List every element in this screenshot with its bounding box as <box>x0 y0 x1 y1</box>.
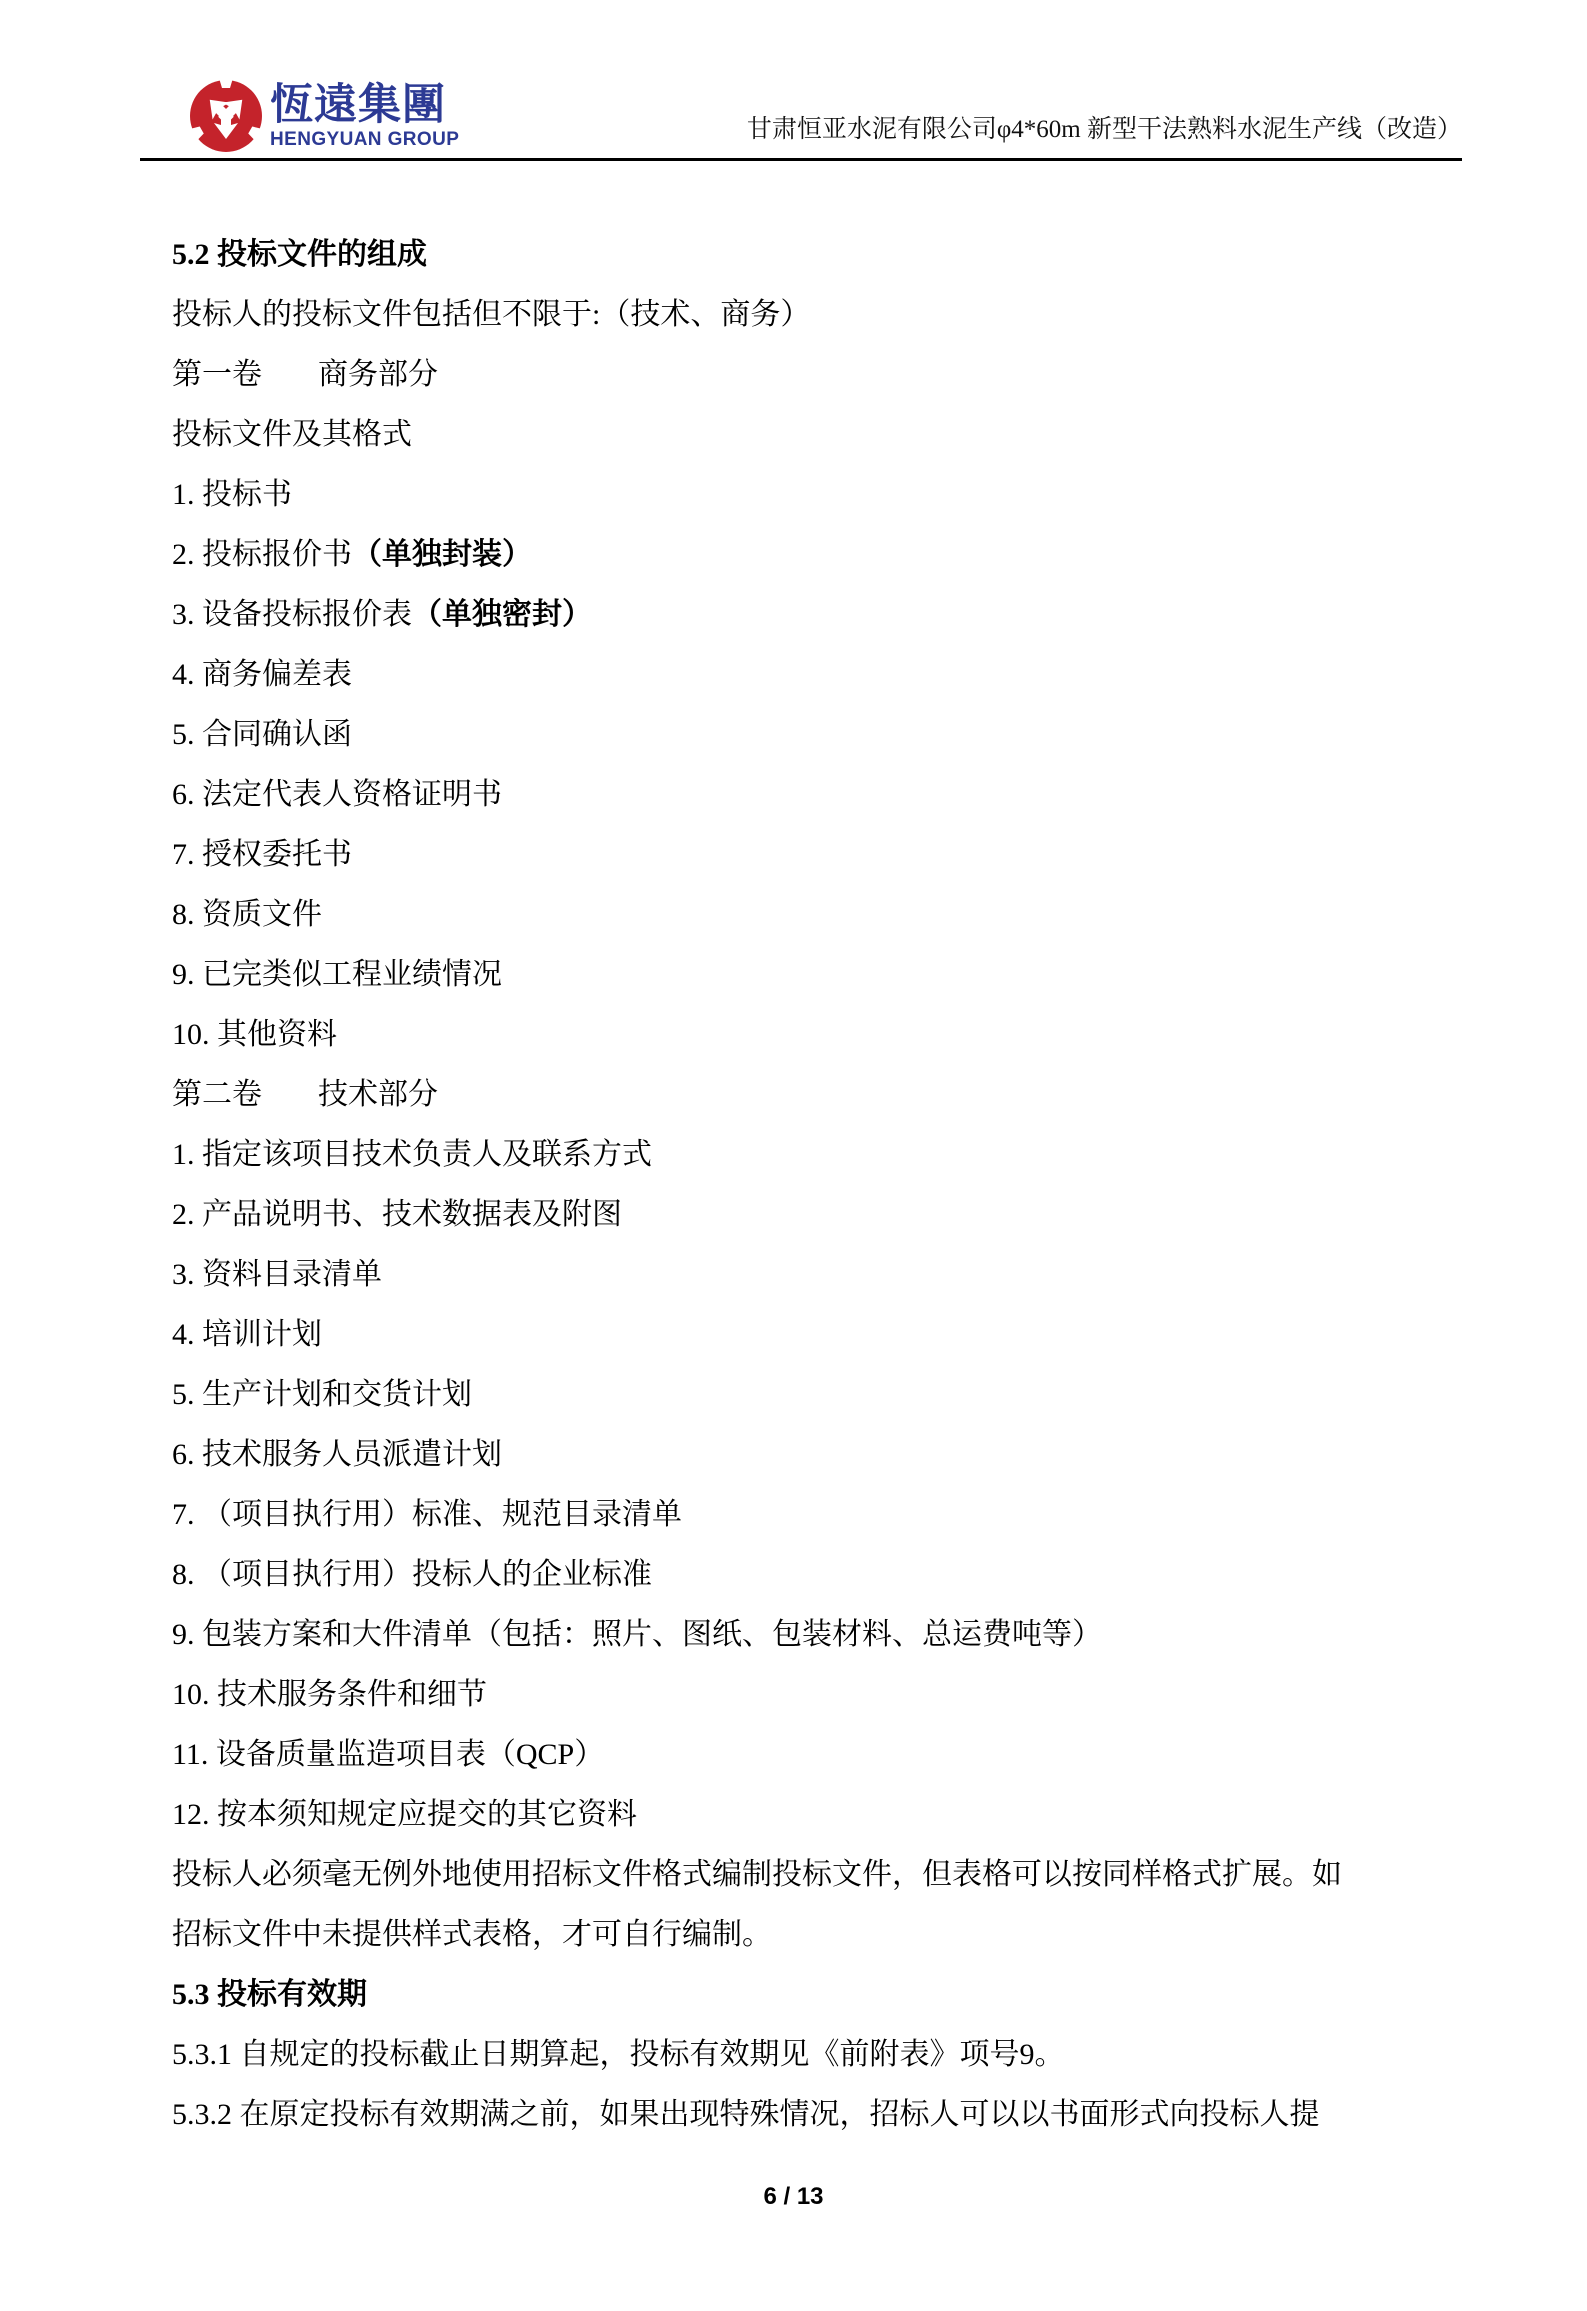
volume1-heading: 第一卷商务部分 <box>172 345 1442 405</box>
list-item: 11. 设备质量监造项目表（QCP） <box>172 1725 1442 1785</box>
list-item: 2. 投标报价书（单独封装） <box>172 525 1442 585</box>
hengyuan-logo-icon <box>188 78 264 154</box>
volume2-label: 第二卷 <box>172 1078 262 1111</box>
clause-5-3-2: 5.3.2 在原定投标有效期满之前，如果出现特殊情况，招标人可以以书面形式向投标… <box>172 2085 1442 2145</box>
list-item: 1. 投标书 <box>172 465 1442 525</box>
logo-company-name-cn: 恆遠集團 <box>270 83 459 129</box>
volume1-name: 商务部分 <box>318 358 438 391</box>
volume1-label: 第一卷 <box>172 358 262 391</box>
list-item: 10. 其他资料 <box>172 1005 1442 1065</box>
list-item: 5. 生产计划和交货计划 <box>172 1365 1442 1425</box>
list-item: 4. 商务偏差表 <box>172 645 1442 705</box>
volume2-name: 技术部分 <box>318 1078 438 1111</box>
list-item: 8. 资质文件 <box>172 885 1442 945</box>
section-heading-5-3: 5.3 投标有效期 <box>172 1965 1442 2025</box>
document-page: 恆遠集團 HENGYUAN GROUP 甘肃恒亚水泥有限公司φ4*60m 新型干… <box>0 0 1587 2311</box>
document-body: 5.2 投标文件的组成 投标人的投标文件包括但不限于:（技术、商务） 第一卷商务… <box>172 225 1442 2145</box>
list-item: 10. 技术服务条件和细节 <box>172 1665 1442 1725</box>
list-item: 9. 包装方案和大件清单（包括：照片、图纸、包装材料、总运费吨等） <box>172 1605 1442 1665</box>
list-item: 12. 按本须知规定应提交的其它资料 <box>172 1785 1442 1845</box>
page-header: 恆遠集團 HENGYUAN GROUP 甘肃恒亚水泥有限公司φ4*60m 新型干… <box>188 78 1462 154</box>
body-paragraph: 投标人必须毫无例外地使用招标文件格式编制投标文件，但表格可以按同样格式扩展。如 <box>172 1845 1442 1905</box>
header-project-title: 甘肃恒亚水泥有限公司φ4*60m 新型干法熟料水泥生产线（改造） <box>747 117 1462 154</box>
volume2-heading: 第二卷技术部分 <box>172 1065 1442 1125</box>
page-number: 6 / 13 <box>0 2182 1587 2212</box>
list-item: 9. 已完类似工程业绩情况 <box>172 945 1442 1005</box>
list-item: 5. 合同确认函 <box>172 705 1442 765</box>
list-item: 3. 资料目录清单 <box>172 1245 1442 1305</box>
list-item: 6. 技术服务人员派遣计划 <box>172 1425 1442 1485</box>
company-logo: 恆遠集團 HENGYUAN GROUP <box>188 78 459 154</box>
list-item: 4. 培训计划 <box>172 1305 1442 1365</box>
list-item: 8. （项目执行用）投标人的企业标准 <box>172 1545 1442 1605</box>
body-paragraph: 招标文件中未提供样式表格，才可自行编制。 <box>172 1905 1442 1965</box>
section-heading-5-2: 5.2 投标文件的组成 <box>172 225 1442 285</box>
list-item: 6. 法定代表人资格证明书 <box>172 765 1442 825</box>
intro-paragraph: 投标人的投标文件包括但不限于:（技术、商务） <box>172 285 1442 345</box>
header-divider <box>140 158 1462 161</box>
list-item: 2. 产品说明书、技术数据表及附图 <box>172 1185 1442 1245</box>
logo-company-name-en: HENGYUAN GROUP <box>270 129 459 150</box>
clause-5-3-1: 5.3.1 自规定的投标截止日期算起，投标有效期见《前附表》项号9。 <box>172 2025 1442 2085</box>
list-item: 7. 授权委托书 <box>172 825 1442 885</box>
list-item: 3. 设备投标报价表（单独密封） <box>172 585 1442 645</box>
volume1-subtitle: 投标文件及其格式 <box>172 405 1442 465</box>
list-item: 7. （项目执行用）标准、规范目录清单 <box>172 1485 1442 1545</box>
list-item: 1. 指定该项目技术负责人及联系方式 <box>172 1125 1442 1185</box>
logo-text-block: 恆遠集團 HENGYUAN GROUP <box>270 83 459 150</box>
